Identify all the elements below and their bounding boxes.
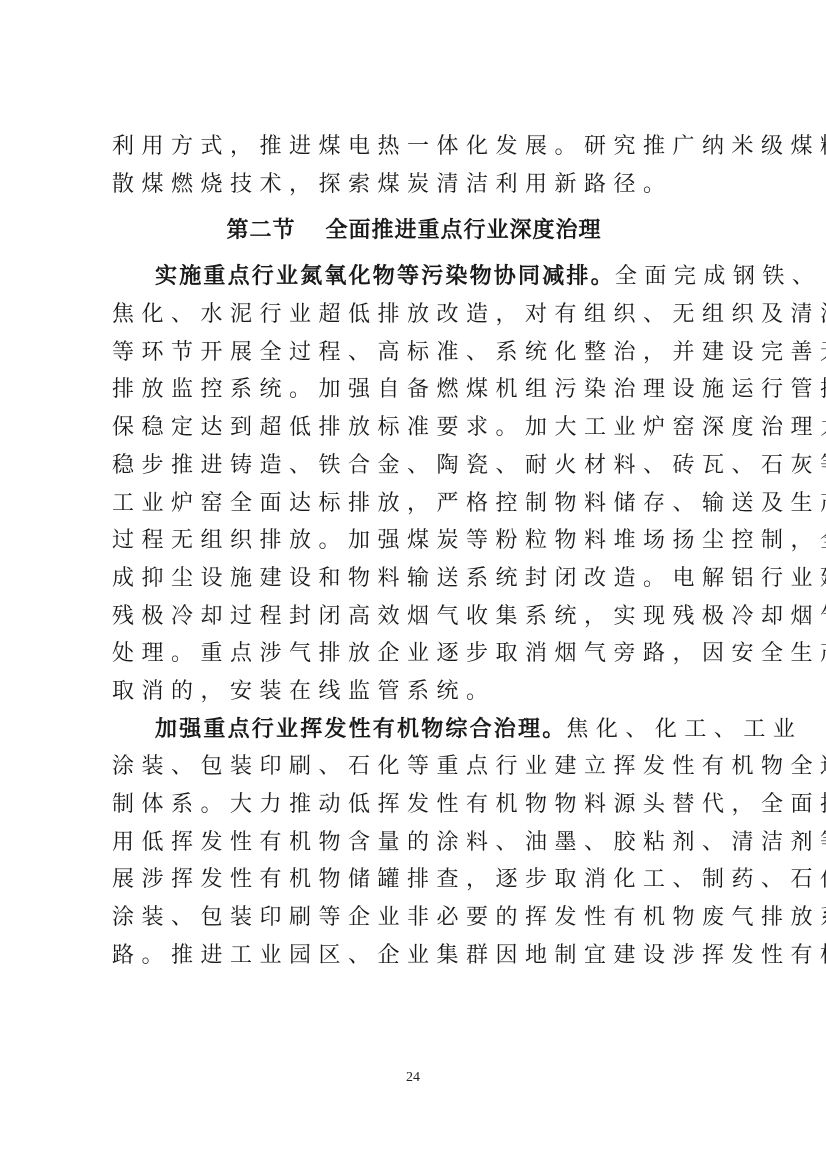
- text-line: 用低挥发性有机物含量的涂料、油墨、胶粘剂、清洁剂等。开: [112, 824, 716, 862]
- section-number: 第二节: [226, 218, 295, 243]
- text-line: 涂装、包装印刷、石化等重点行业建立挥发性有机物全过程控: [112, 748, 716, 786]
- text-run: 全面完成钢铁、: [615, 264, 822, 289]
- text-line: 散煤燃烧技术，探索煤炭清洁利用新路径。: [112, 166, 716, 204]
- paragraph-first-line: 实施重点行业氮氧化物等污染物协同减排。全面完成钢铁、: [112, 258, 716, 296]
- text-line: 路。推进工业园区、企业集群因地制宜建设涉挥发性有机物“绿: [112, 937, 716, 975]
- text-line: 利用方式，推进煤电热一体化发展。研究推广纳米级煤粉替代: [112, 128, 716, 166]
- text-line: 残极冷却过程封闭高效烟气收集系统，实现残极冷却烟气有效: [112, 598, 716, 636]
- text-line: 处理。重点涉气排放企业逐步取消烟气旁路，因安全生产无法: [112, 635, 716, 673]
- text-line: 焦化、水泥行业超低排放改造，对有组织、无组织及清洁运输: [112, 296, 716, 334]
- text-line: 排放监控系统。加强自备燃煤机组污染治理设施运行管控，确: [112, 371, 716, 409]
- text-line: 过程无组织排放。加强煤炭等粉粒物料堆场扬尘控制，全面完: [112, 522, 716, 560]
- text-line: 取消的，安装在线监管系统。: [112, 673, 716, 711]
- paragraph-lead: 加强重点行业挥发性有机物综合治理。: [155, 717, 566, 742]
- paragraph-lead: 实施重点行业氮氧化物等污染物协同减排。: [155, 264, 615, 289]
- page-number: 24: [0, 1070, 826, 1086]
- text-run: 焦化、化工、工业: [566, 717, 802, 742]
- text-line: 成抑尘设施建设和物料输送系统封闭改造。电解铝行业建设热: [112, 560, 716, 598]
- section-heading: 第二节全面推进重点行业深度治理: [112, 203, 716, 258]
- text-line: 涂装、包装印刷等企业非必要的挥发性有机物废气排放系统旁: [112, 899, 716, 937]
- document-page: 利用方式，推进煤电热一体化发展。研究推广纳米级煤粉替代 散煤燃烧技术，探索煤炭清…: [112, 128, 716, 974]
- text-line: 等环节开展全过程、高标准、系统化整治，并建设完善无组织: [112, 334, 716, 372]
- paragraph-first-line: 加强重点行业挥发性有机物综合治理。焦化、化工、工业: [112, 711, 716, 749]
- text-line: 保稳定达到超低排放标准要求。加大工业炉窑深度治理力度，: [112, 409, 716, 447]
- text-line: 制体系。大力推动低挥发性有机物物料源头替代，全面推进使: [112, 786, 716, 824]
- section-title: 全面推进重点行业深度治理: [326, 218, 602, 243]
- text-line: 展涉挥发性有机物储罐排查，逐步取消化工、制药、石化、工业: [112, 861, 716, 899]
- text-line: 稳步推进铸造、铁合金、陶瓷、耐火材料、砖瓦、石灰等行业: [112, 447, 716, 485]
- text-line: 工业炉窑全面达标排放，严格控制物料储存、输送及生产工艺: [112, 485, 716, 523]
